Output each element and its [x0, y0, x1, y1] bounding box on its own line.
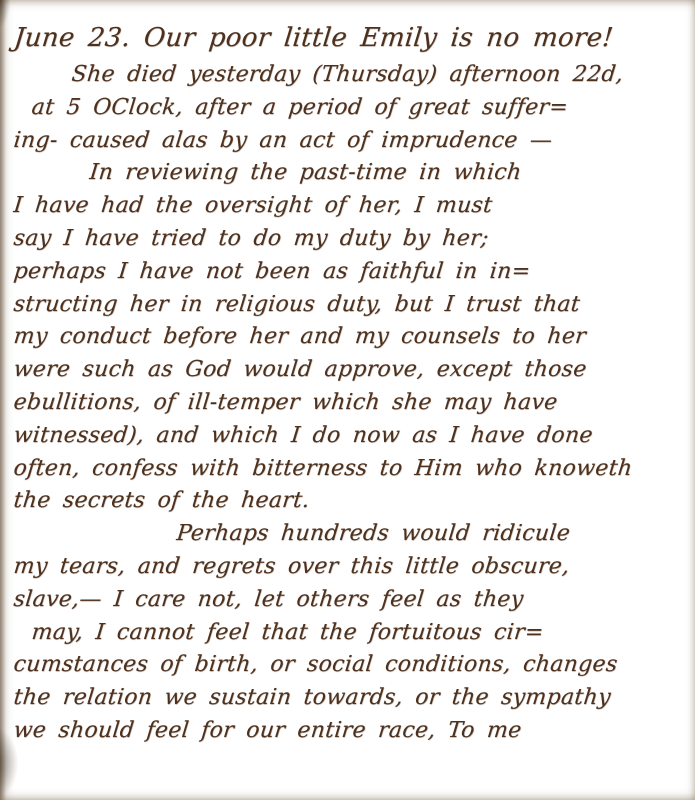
- manuscript-line: witnessed), and which I do now as I have…: [0, 419, 695, 452]
- manuscript-line: June 23. Our poor little Emily is no mor…: [0, 18, 695, 58]
- manuscript-line: ebullitions, of ill-temper which she may…: [0, 386, 695, 419]
- manuscript-line: slave,— I care not, let others feel as t…: [0, 583, 695, 616]
- manuscript-line: say I have tried to do my duty by her;: [0, 222, 695, 255]
- manuscript-line: cumstances of birth, or social condition…: [0, 648, 695, 681]
- manuscript-line: may, I cannot feel that the fortuitous c…: [0, 616, 695, 649]
- manuscript-line: my conduct before her and my counsels to…: [0, 320, 695, 353]
- manuscript-line: ing- caused alas by an act of imprudence…: [0, 124, 695, 157]
- manuscript-line: my tears, and regrets over this little o…: [0, 550, 695, 583]
- manuscript-line: I have had the oversight of her, I must: [0, 189, 695, 222]
- manuscript-line: the relation we sustain towards, or the …: [0, 681, 695, 714]
- manuscript-line: we should feel for our entire race, To m…: [0, 714, 695, 747]
- manuscript-line: at 5 OClock, after a period of great suf…: [0, 91, 695, 124]
- manuscript-line: were such as God would approve, except t…: [0, 353, 695, 386]
- manuscript-line: In reviewing the past-time in which: [0, 156, 695, 189]
- manuscript-line: She died yesterday (Thursday) afternoon …: [0, 58, 695, 91]
- manuscript-line: Perhaps hundreds would ridicule: [0, 517, 695, 550]
- manuscript-page: June 23. Our poor little Emily is no mor…: [0, 0, 695, 800]
- manuscript-line: perhaps I have not been as faithful in i…: [0, 255, 695, 288]
- manuscript-line: often, confess with bitterness to Him wh…: [0, 452, 695, 485]
- manuscript-line: the secrets of the heart.: [0, 484, 695, 517]
- manuscript-line: structing her in religious duty, but I t…: [0, 288, 695, 321]
- manuscript-text: June 23. Our poor little Emily is no mor…: [0, 0, 695, 800]
